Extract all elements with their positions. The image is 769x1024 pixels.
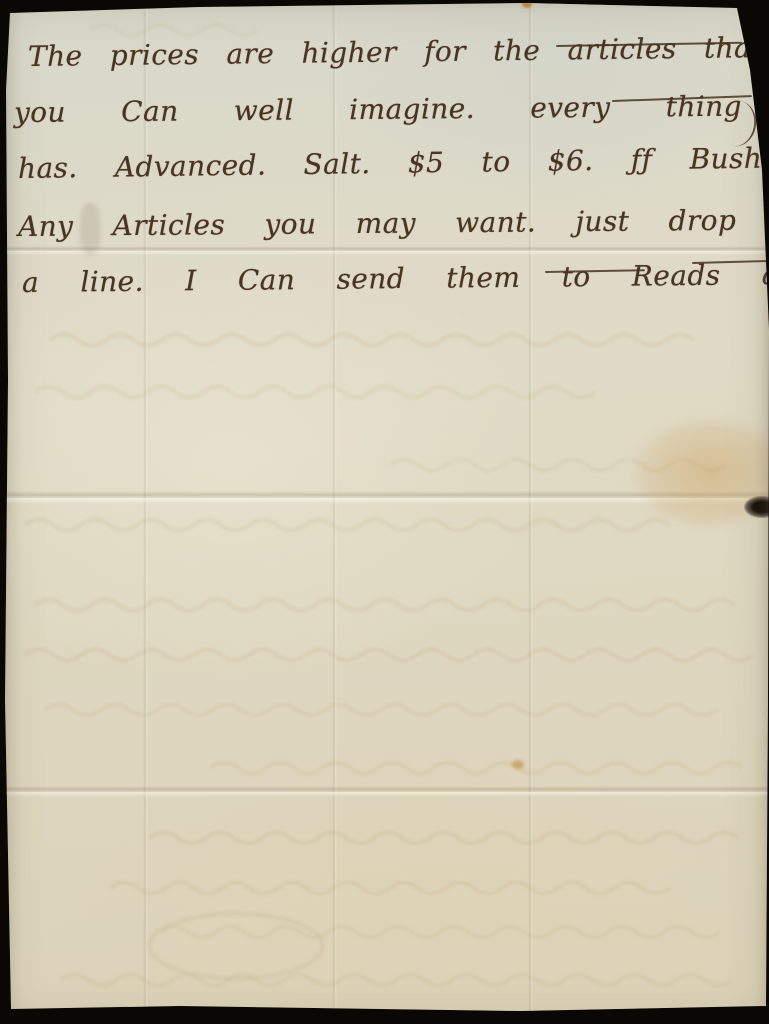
- letter-line-3: has. Advanced. Salt. $5 to $6. ƒƒ Bushel: [18, 141, 769, 185]
- pen-flourish: [612, 95, 752, 102]
- stain-speck: [522, 0, 532, 8]
- letter-line-2: you Can well imagine. every thing: [14, 90, 742, 129]
- fold-crease-vertical: [143, 0, 148, 1024]
- letter-paper: The prices are higher for the articles t…: [0, 0, 769, 1024]
- stain-ring: [148, 912, 324, 980]
- fold-crease-vertical: [332, 0, 337, 1024]
- fold-crease-horizontal: [0, 786, 769, 797]
- ink-smudge: [80, 203, 100, 255]
- edge-tear: [744, 496, 769, 518]
- stain-speck: [512, 760, 524, 769]
- fold-crease-horizontal: [0, 246, 769, 255]
- fold-crease-vertical: [528, 0, 533, 1024]
- pen-flourish: [545, 269, 645, 273]
- letter-line-1: The prices are higher for the articles t…: [28, 31, 769, 73]
- letter-line-4: Any Articles you may want. just drop me: [18, 203, 769, 243]
- letter-line-5: a line. I Can send them to Reads alon: [22, 258, 769, 299]
- pen-flourish: [692, 260, 769, 264]
- pen-flourish: [556, 42, 742, 47]
- pen-flourish: [733, 101, 760, 150]
- fold-crease-horizontal: [0, 491, 769, 504]
- bleed-through-ink: [0, 0, 769, 1024]
- stain-blot: [630, 415, 769, 530]
- scanned-letter: The prices are higher for the articles t…: [0, 0, 769, 1024]
